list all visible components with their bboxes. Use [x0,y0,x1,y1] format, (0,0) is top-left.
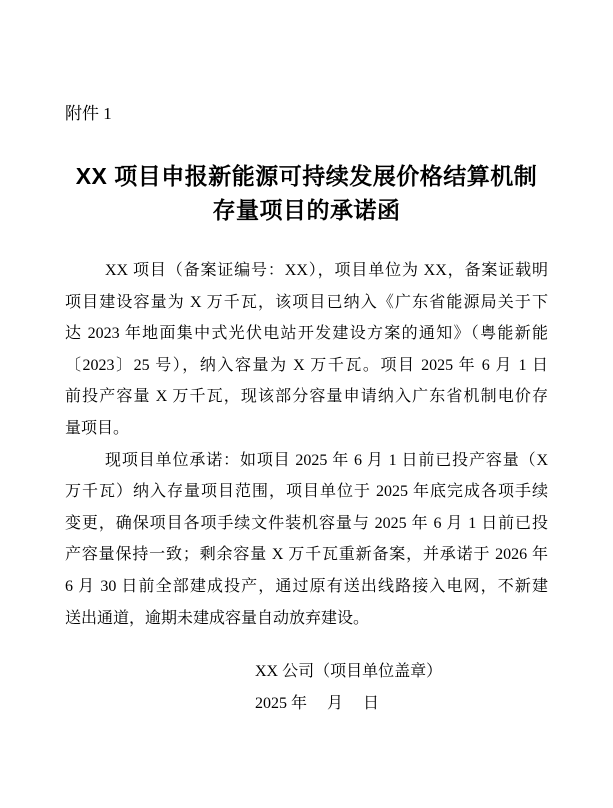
paragraph-line: 量项目。 [65,413,548,445]
document-body: XX 项目（备案证编号：XX），项目单位为 XX，备案证载明 项目建设容量为 X… [65,255,548,634]
paragraph-line: 产容量保持一致；剩余容量 X 万千瓦重新备案，并承诺于 2026 年 [65,539,548,571]
attachment-label: 附件 1 [65,103,548,125]
document-page: 附件 1 XX 项目申报新能源可持续发展价格结算机制 存量项目的承诺函 XX 项… [0,0,613,808]
paragraph-line: 6 月 30 日前全部建成投产，通过原有送出线路接入电网，不新建 [65,571,548,603]
paragraph-2: 现项目单位承诺：如项目 2025 年 6 月 1 日前已投产容量（X 万千瓦）纳… [65,445,548,635]
paragraph-line: 送出通道，逾期未建成容量自动放弃建设。 [65,603,548,635]
paragraph-line: 〔2023〕25 号），纳入容量为 X 万千瓦。项目 2025 年 6 月 1 … [65,350,548,382]
paragraph-line: 现项目单位承诺：如项目 2025 年 6 月 1 日前已投产容量（X [65,445,548,477]
paragraph-line: 项目建设容量为 X 万千瓦，该项目已纳入《广东省能源局关于下 [65,287,548,319]
paragraph-line: 前投产容量 X 万千瓦，现该部分容量申请纳入广东省机制电价存 [65,381,548,413]
paragraph-line: XX 项目（备案证编号：XX），项目单位为 XX，备案证载明 [65,255,548,287]
paragraph-1: XX 项目（备案证编号：XX），项目单位为 XX，备案证载明 项目建设容量为 X… [65,255,548,445]
paragraph-line: 达 2023 年地面集中式光伏电站开发建设方案的通知》（粤能新能 [65,318,548,350]
signature-block: XX 公司（项目单位盖章） 2025 年 月 日 [255,656,548,720]
document-title: XX 项目申报新能源可持续发展价格结算机制 存量项目的承诺函 [65,159,548,227]
signature-date-line: 2025 年 月 日 [255,688,548,720]
document-title-line-2: 存量项目的承诺函 [65,193,548,227]
paragraph-line: 万千瓦）纳入存量项目范围，项目单位于 2025 年底完成各项手续 [65,476,548,508]
signature-company-line: XX 公司（项目单位盖章） [255,656,548,688]
paragraph-line: 变更，确保项目各项手续文件装机容量与 2025 年 6 月 1 日前已投 [65,508,548,540]
document-title-line-1: XX 项目申报新能源可持续发展价格结算机制 [65,159,548,193]
